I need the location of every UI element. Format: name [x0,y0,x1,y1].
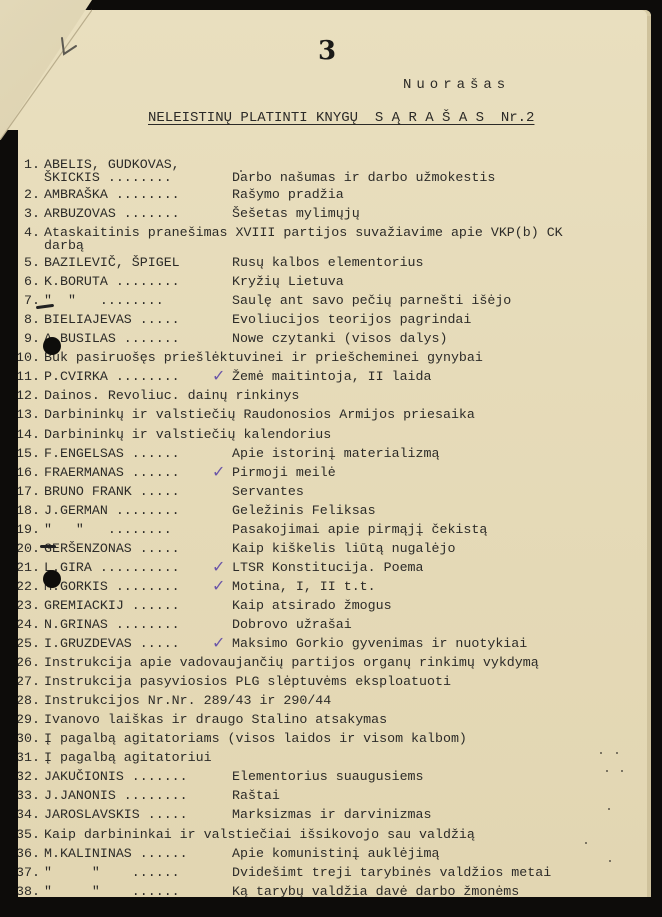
list-item: 1.ABELIS, GUDKOVAS,ŠKICKIS ........Darbo… [0,155,640,185]
item-title: Motina, I, II t.t. [232,577,376,596]
item-title: Nowe czytanki (visos dalys) [232,329,447,348]
list-item: 11.P.CVIRKA ........Žemė maitintoja, II … [0,367,640,386]
item-author: JAROSLAVSKIS ..... [44,805,188,824]
item-author: FRAERMANAS ...... [44,463,180,482]
list-item: 23.GREMIACKIJ ......Kaip atsirado žmogus [0,596,640,615]
list-item: 28.Instrukcijos Nr.Nr. 289/43 ir 290/44 [0,691,640,710]
item-title: Evoliucijos teorijos pagrindai [232,310,471,329]
item-title: Servantes [232,482,304,501]
item-title: Darbininkų ir valstiečių kalendorius [44,425,331,444]
list-item: 32.JAKUČIONIS .......Elementorius suaugu… [0,767,640,786]
item-title: Pirmoji meilė [232,463,336,482]
item-author: N.GRINAS ........ [44,615,180,634]
list-item: 31.Į pagalbą agitatoriui [0,748,640,767]
list-item: 8.BIELIAJEVAS .....Evoliucijos teorijos … [0,310,640,329]
punch-hole-icon [43,337,61,355]
list-item: 16.FRAERMANAS ......Pirmoji meilė✓ [0,463,640,482]
item-title: Apie komunistinį auklėjimą [232,844,439,863]
item-title: Rašymo pradžia [232,185,344,204]
list-item: 22.M.GORKIS ........Motina, I, II t.t.✓ [0,577,640,596]
item-author: BRUNO FRANK ..... [44,482,180,501]
list-item: 4.Ataskaitinis pranešimas XVIII partijos… [0,223,640,253]
list-item: 26.Instrukcija apie vadovaujančių partij… [0,653,640,672]
item-author: K.BORUTA ........ [44,272,180,291]
list-item: 12.Dainos. Revoliuc. dainų rinkinys [0,386,640,405]
item-author: J.GERMAN ........ [44,501,180,520]
list-item: 3.ARBUZOVAS .......Šešetas mylimųjų [0,204,640,223]
item-author: " " ...... [44,863,180,882]
list-item: 7." " ........Saulę ant savo pečių parne… [0,291,640,310]
paper-speck [621,770,623,772]
list-item: 25.I.GRUZDEVAS .....Maksimo Gorkio gyven… [0,634,640,653]
item-title: Pasakojimai apie pirmąjį čekistą [232,520,487,539]
checkmark-icon: ✓ [212,577,225,595]
item-title: Instrukcija pasyviosios PLG slėptuvėms e… [44,672,451,691]
list-item: 24.N.GRINAS ........Dobrovo užrašai [0,615,640,634]
document-page: 3 Nuorašas NELEISTINŲ PLATINTI KNYGŲ S Ą… [0,10,651,897]
item-author: L.GIRA .......... [44,558,180,577]
item-author: BAZILEVIČ, ŠPIGEL [44,253,180,272]
paper-speck [600,752,602,754]
checkmark-icon: ✓ [212,463,225,481]
list-item: 5.BAZILEVIČ, ŠPIGELRusų kalbos elementor… [0,253,640,272]
item-author: " " ........ [44,291,164,310]
paper-speck [606,770,608,772]
item-title: Būk pasiruošęs priešlėktuvinei ir priešc… [44,348,483,367]
item-title: Elementorius suaugusiems [232,767,424,786]
item-title: Į pagalbą agitatoriams (visos laidos ir … [44,729,467,748]
item-title: Dvidešimt treji tarybinės valdžios metai [232,863,551,882]
list-item: 37." " ......Dvidešimt treji tarybinės v… [0,863,640,882]
list-item: 9.A.BUSILAS .......Nowe czytanki (visos … [0,329,640,348]
item-author: " " ........ [44,520,172,539]
item-author: JAKUČIONIS ....... [44,767,188,786]
paper-speck [616,752,618,754]
pencil-tick-icon [58,36,82,58]
background-bottom [0,897,662,917]
item-title: LTSR Konstitucija. Poema [232,558,424,577]
item-author: GERŠENZONAS ..... [44,539,180,558]
item-author: M.GORKIS ........ [44,577,180,596]
binder-edge-shadow [0,130,18,900]
item-author: P.CVIRKA ........ [44,367,180,386]
item-author: AMBRAŠKA ........ [44,185,180,204]
list-item: 30.Į pagalbą agitatoriams (visos laidos … [0,729,640,748]
item-title: Geležinis Feliksas [232,501,376,520]
item-title: Kaip atsirado žmogus [232,596,392,615]
item-author: M.KALININAS ...... [44,844,188,863]
paper-speck [608,808,610,810]
list-item: 29.Ivanovo laiškas ir draugo Stalino ats… [0,710,640,729]
paper-speck [240,170,242,172]
handwritten-page-number: 3 [318,36,336,66]
list-item: 17.BRUNO FRANK .....Servantes [0,482,640,501]
item-author: BIELIAJEVAS ..... [44,310,180,329]
list-item: 19." " ........Pasakojimai apie pirmąjį … [0,520,640,539]
list-item: 15.F.ENGELSAS ......Apie istorinį materi… [0,444,640,463]
punch-hole-icon [43,570,61,588]
item-title: Dainos. Revoliuc. dainų rinkinys [44,386,299,405]
checkmark-icon: ✓ [212,634,225,652]
list-item: 27.Instrukcija pasyviosios PLG slėptuvėm… [0,672,640,691]
item-author: A.BUSILAS ....... [44,329,180,348]
fold-crease-line [0,0,92,140]
item-title: Šešetas mylimųjų [232,204,360,223]
item-title: Instrukcija apie vadovaujančių partijos … [44,653,539,672]
list-item: 2.AMBRAŠKA ........Rašymo pradžia [0,185,640,204]
item-author: F.ENGELSAS ...... [44,444,180,463]
list-item: 13.Darbininkų ir valstiečių Raudonosios … [0,405,640,424]
item-author: J.JANONIS ........ [44,786,188,805]
document-title: NELEISTINŲ PLATINTI KNYGŲ S Ą R A Š A S … [148,110,534,126]
copy-label: Nuorašas [403,77,510,93]
item-author: ARBUZOVAS ....... [44,204,180,223]
item-title: Kaip darbininkai ir valstiečiai išsikovo… [44,825,475,844]
item-title: Kaip kiškelis liūtą nugalėjo [232,539,455,558]
item-title: Ivanovo laiškas ir draugo Stalino atsaky… [44,710,387,729]
item-title: Į pagalbą agitatoriui [44,748,212,767]
banned-books-list: 1.ABELIS, GUDKOVAS,ŠKICKIS ........Darbo… [0,155,640,917]
list-item: 33.J.JANONIS ........Raštai [0,786,640,805]
item-title: Raštai [232,786,280,805]
item-title: Instrukcijos Nr.Nr. 289/43 ir 290/44 [44,691,331,710]
list-item: 35.Kaip darbininkai ir valstiečiai išsik… [0,825,640,844]
paper-speck [609,860,611,862]
item-title: Marksizmas ir darvinizmas [232,805,432,824]
item-title: Dobrovo užrašai [232,615,352,634]
checkmark-icon: ✓ [212,367,225,385]
list-item: 6.K.BORUTA ........Kryžių Lietuva [0,272,640,291]
list-item: 18.J.GERMAN ........Geležinis Feliksas [0,501,640,520]
ink-dash-mark [40,545,56,548]
item-title: Darbininkų ir valstiečių Raudonosios Arm… [44,405,475,424]
list-item: 21.L.GIRA ..........LTSR Konstitucija. P… [0,558,640,577]
checkmark-icon: ✓ [212,558,225,576]
list-item: 14.Darbininkų ir valstiečių kalendorius [0,425,640,444]
item-title: Ataskaitinis pranešimas XVIII partijos s… [44,223,563,242]
list-item: 20.GERŠENZONAS .....Kaip kiškelis liūtą … [0,539,640,558]
paper-speck [585,842,587,844]
list-item: 10.Būk pasiruošęs priešlėktuvinei ir pri… [0,348,640,367]
list-item: 34.JAROSLAVSKIS .....Marksizmas ir darvi… [0,805,640,824]
item-title: Kryžių Lietuva [232,272,344,291]
item-title: Saulę ant savo pečių parnešti išėjo [232,291,511,310]
item-author: I.GRUZDEVAS ..... [44,634,180,653]
item-author: GREMIACKIJ ...... [44,596,180,615]
item-title: Apie istorinį materializmą [232,444,439,463]
item-title: Žemė maitintoja, II laida [232,367,432,386]
list-item: 36.M.KALININAS ......Apie komunistinį au… [0,844,640,863]
item-title: Rusų kalbos elementorius [232,253,424,272]
item-title: Maksimo Gorkio gyvenimas ir nuotykiai [232,634,527,653]
